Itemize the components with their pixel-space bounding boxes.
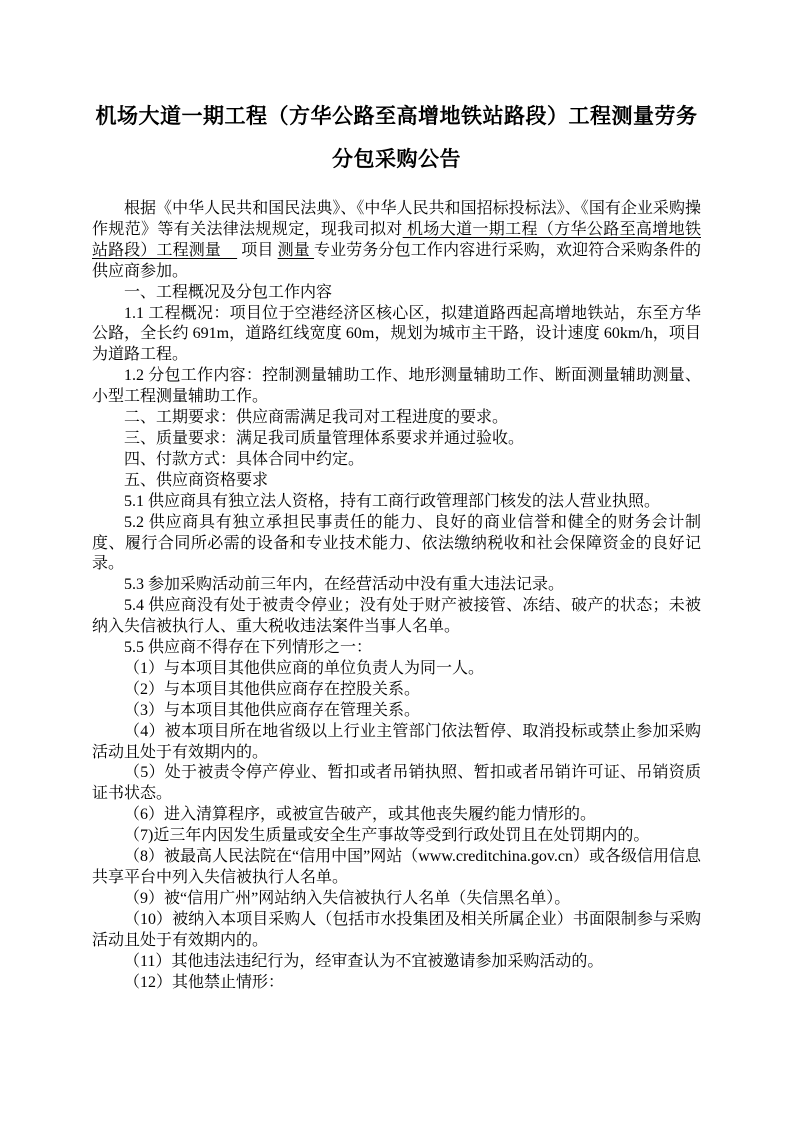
paragraph: （9）被“信用广州”网站纳入失信被执行人名单（失信黑名单）。 (92, 889, 701, 910)
paragraph: 二、工期要求：供应商需满足我司对工程进度的要求。 (92, 408, 701, 429)
text-run: （6）进入清算程序，或被宣告破产，或其他丧失履约能力情形的。 (124, 806, 596, 823)
paragraph: 一、工程概况及分包工作内容 (92, 283, 701, 304)
text-run: 三、质量要求：满足我司质量管理体系要求并通过验收。 (124, 430, 524, 447)
text-run: （11）其他违法违纪行为，经审查认为不宜被邀请参加采购活动的。 (124, 953, 603, 970)
text-run: 5.2 供应商具有独立承担民事责任的能力、良好的商业信誉和健全的财务会计制度、履… (92, 514, 701, 573)
text-run: 5.5 供应商不得存在下列情形之一： (124, 639, 372, 656)
document-title: 机场大道一期工程（方华公路至高增地铁站路段）工程测量劳务 分包采购公告 (92, 95, 701, 181)
document-page: 机场大道一期工程（方华公路至高增地铁站路段）工程测量劳务 分包采购公告 根据《中… (0, 0, 793, 1122)
text-run: （4）被本项目所在地省级以上行业主管部门依法暂停、取消投标或禁止参加采购活动且处… (92, 723, 701, 761)
paragraph: （8）被最高人民法院在“信用中国”网站（www.creditchina.gov.… (92, 847, 701, 889)
text-run: （2）与本项目其他供应商存在控股关系。 (124, 681, 420, 698)
text-run: （12）其他禁止情形： (124, 974, 284, 991)
text-run: 一、工程概况及分包工作内容 (124, 284, 332, 301)
underlined-text: 测量 (278, 242, 314, 259)
paragraph: 根据《中华人民共和国民法典》、《中华人民共和国招标投标法》、《国有企业采购操作规… (92, 199, 701, 283)
paragraph: （7)近三年内因发生质量或安全生产事故等受到行政处罚且在处罚期内的。 (92, 826, 701, 847)
paragraph: 5.1 供应商具有独立法人资格，持有工商行政管理部门核发的法人营业执照。 (92, 492, 701, 513)
text-run: （10）被纳入本项目采购人（包括市水投集团及相关所属企业）书面限制参与采购活动且… (92, 911, 701, 949)
text-run: 四、付款方式：具体合同中约定。 (124, 451, 364, 468)
text-run: 五、供应商资格要求 (124, 472, 268, 489)
text-run: （1）与本项目其他供应商的单位负责人为同一人。 (124, 660, 484, 677)
text-run: 1.2 分包工作内容：控制测量辅助工作、地形测量辅助工作、断面测量辅助测量、小型… (92, 367, 701, 405)
text-run: （5）处于被责令停产停业、暂扣或者吊销执照、暂扣或者吊销许可证、吊销资质证书状态… (92, 764, 701, 802)
paragraph: （10）被纳入本项目采购人（包括市水投集团及相关所属企业）书面限制参与采购活动且… (92, 910, 701, 952)
text-run: （3）与本项目其他供应商存在管理关系。 (124, 702, 420, 719)
text-run: （8）被最高人民法院在“信用中国”网站（www.creditchina.gov.… (92, 848, 701, 886)
paragraph: （5）处于被责令停产停业、暂扣或者吊销执照、暂扣或者吊销许可证、吊销资质证书状态… (92, 763, 701, 805)
paragraph: 五、供应商资格要求 (92, 471, 701, 492)
text-run: 5.1 供应商具有独立法人资格，持有工商行政管理部门核发的法人营业执照。 (124, 493, 660, 510)
paragraph: 四、付款方式：具体合同中约定。 (92, 450, 701, 471)
paragraph: （3）与本项目其他供应商存在管理关系。 (92, 701, 701, 722)
title-line-1: 机场大道一期工程（方华公路至高增地铁站路段）工程测量劳务 (92, 95, 701, 138)
paragraph: 1.1 工程概况：项目位于空港经济区核心区，拟建道路西起高增地铁站，东至方华公路… (92, 304, 701, 367)
paragraph: （2）与本项目其他供应商存在控股关系。 (92, 680, 701, 701)
paragraph: （11）其他违法违纪行为，经审查认为不宜被邀请参加采购活动的。 (92, 952, 701, 973)
title-line-2: 分包采购公告 (92, 138, 701, 181)
paragraph: 5.4 供应商没有处于被责令停业；没有处于财产被接管、冻结、破产的状态；未被纳入… (92, 596, 701, 638)
paragraph: 5.3 参加采购活动前三年内，在经营活动中没有重大违法记录。 (92, 575, 701, 596)
text-run: （9）被“信用广州”网站纳入失信被执行人名单（失信黑名单）。 (124, 890, 570, 907)
paragraph: 三、质量要求：满足我司质量管理体系要求并通过验收。 (92, 429, 701, 450)
paragraph: （1）与本项目其他供应商的单位负责人为同一人。 (92, 659, 701, 680)
paragraph: 5.2 供应商具有独立承担民事责任的能力、良好的商业信誉和健全的财务会计制度、履… (92, 513, 701, 576)
paragraph: 1.2 分包工作内容：控制测量辅助工作、地形测量辅助工作、断面测量辅助测量、小型… (92, 366, 701, 408)
document-body: 根据《中华人民共和国民法典》、《中华人民共和国招标投标法》、《国有企业采购操作规… (92, 199, 701, 993)
paragraph: 5.5 供应商不得存在下列情形之一： (92, 638, 701, 659)
paragraph: （4）被本项目所在地省级以上行业主管部门依法暂停、取消投标或禁止参加采购活动且处… (92, 722, 701, 764)
paragraph: （6）进入清算程序，或被宣告破产，或其他丧失履约能力情形的。 (92, 805, 701, 826)
paragraph: （12）其他禁止情形： (92, 973, 701, 994)
text-run: 1.1 工程概况：项目位于空港经济区核心区，拟建道路西起高增地铁站，东至方华公路… (92, 305, 701, 364)
text-run: 5.4 供应商没有处于被责令停业；没有处于财产被接管、冻结、破产的状态；未被纳入… (92, 597, 701, 635)
text-run: 项目 (237, 242, 278, 259)
text-run: 5.3 参加采购活动前三年内，在经营活动中没有重大违法记录。 (124, 576, 564, 593)
text-run: （7)近三年内因发生质量或安全生产事故等受到行政处罚且在处罚期内的。 (124, 827, 649, 844)
text-run: 二、工期要求：供应商需满足我司对工程进度的要求。 (124, 409, 508, 426)
